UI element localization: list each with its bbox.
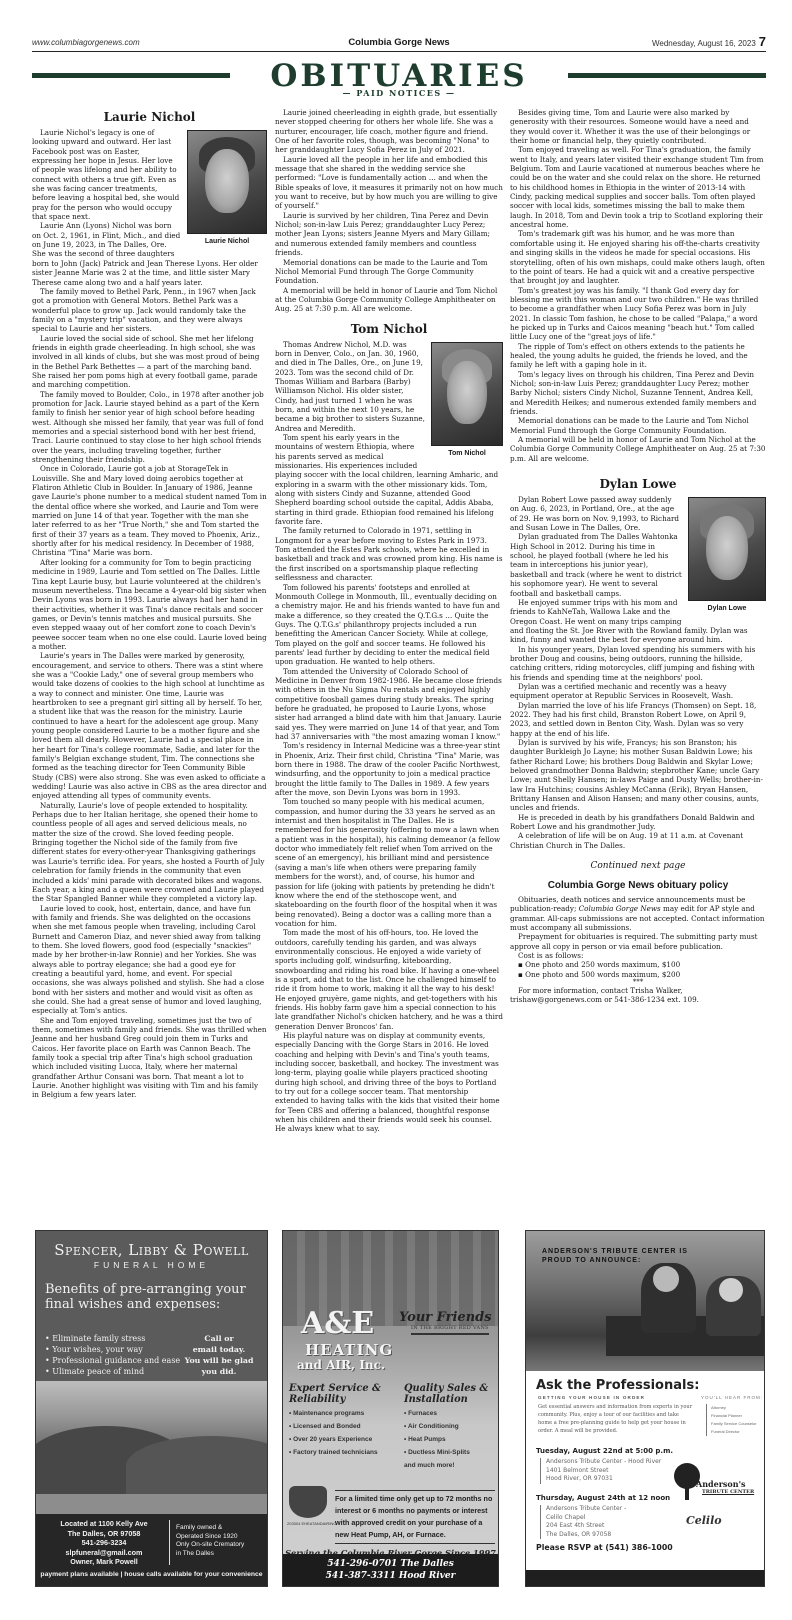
photo-caption: Tom Nichol bbox=[431, 449, 503, 458]
obit-paragraph: Tom's residency in Internal Medicine was… bbox=[275, 741, 503, 797]
obit-paragraph: A celebration of life will be on Aug. 19… bbox=[510, 831, 766, 850]
portrait-tom: Tom Nichol bbox=[431, 342, 503, 458]
email[interactable]: slpfuneral@gmail.com bbox=[44, 1548, 164, 1558]
ad-footer: Located at 1100 Kelly Ave The Dalles, OR… bbox=[36, 1514, 267, 1587]
announcement: ANDERSON'S TRIBUTE CENTER IS PROUD TO AN… bbox=[542, 1247, 702, 1265]
tagline-sub: IN THE BRIGHT RED VANS bbox=[411, 1325, 489, 1335]
portrait-dylan: Dylan Lowe bbox=[688, 497, 766, 613]
continued-next-page: Continued next page bbox=[510, 862, 766, 871]
tribute-center-logo: TRIBUTE CENTER bbox=[702, 1489, 754, 1495]
photo-dylan bbox=[688, 497, 766, 601]
call-to-action: Call or email today. You will be glad yo… bbox=[181, 1333, 257, 1377]
obit-paragraph: He is preceded in death by his grandfath… bbox=[510, 813, 766, 832]
page-number: 7 bbox=[759, 34, 766, 49]
financing-promo: For a limited time only get up to 72 mon… bbox=[335, 1490, 495, 1544]
obit-paragraph: Dylan married the love of his life Franc… bbox=[510, 701, 766, 738]
obit-paragraph: Naturally, Laurie's love of people exten… bbox=[32, 801, 267, 904]
ad-headline: Ask the Professionals: bbox=[536, 1378, 699, 1393]
obituary-heading-tom: Tom Nichol bbox=[275, 322, 503, 336]
obit-paragraph: The family moved to Boulder, Colo., in 1… bbox=[32, 390, 267, 465]
obit-paragraph: Tom enjoyed traveling as well. For Tina'… bbox=[510, 145, 766, 229]
event-description: Get essential answers and information fr… bbox=[538, 1403, 693, 1435]
obit-paragraph: Tom followed his parents' footsteps and … bbox=[275, 583, 503, 667]
benefit-list: • Eliminate family stress • Your wishes,… bbox=[45, 1333, 180, 1377]
obit-paragraph: Laurie's years in The Dalles were marked… bbox=[32, 651, 267, 801]
photo-caption: Dylan Lowe bbox=[688, 604, 766, 613]
andersons-logo: Anderson's bbox=[696, 1479, 746, 1489]
obit-paragraph: Tom touched so many people with his medi… bbox=[275, 797, 503, 928]
ad-subhead: GETTING YOUR HOUSE IN ORDER bbox=[538, 1395, 645, 1400]
obit-paragraph: Besides giving time, Tom and Laurie were… bbox=[510, 108, 766, 145]
phone-hood-river[interactable]: 541-387-3311 Hood River bbox=[283, 1570, 498, 1582]
phone-the-dalles[interactable]: 541-296-0701 The Dalles bbox=[283, 1558, 498, 1570]
sales-list: • Furnaces • Air Conditioning • Heat Pum… bbox=[404, 1407, 470, 1472]
ad-spencer-libby-powell[interactable]: Spencer, Libby & Powell FUNERAL HOME Ben… bbox=[35, 1230, 268, 1587]
rsvp-phone[interactable]: Please RSVP at (541) 386-1000 bbox=[536, 1543, 673, 1552]
obit-paragraph: Dylan is survived by his wife, Francys; … bbox=[510, 738, 766, 813]
celilo-logo: Celilo bbox=[686, 1514, 722, 1527]
badge-id: 203304 EHEATANDAIRINC bbox=[287, 1521, 336, 1526]
event-2-location: Andersons Tribute Center - Celilo Chapel… bbox=[540, 1505, 626, 1539]
obit-paragraph: Tom attended the University of Colorado … bbox=[275, 667, 503, 742]
photo-laurie bbox=[187, 130, 267, 234]
sales-heading: Quality Sales & Installation bbox=[404, 1383, 499, 1405]
policy-paragraph: Obituaries, death notices and service an… bbox=[510, 895, 766, 932]
obit-paragraph: Laurie joined cheerleading in eighth gra… bbox=[275, 108, 503, 155]
obit-paragraph: Memorial donations can be made to the La… bbox=[510, 416, 766, 435]
section-banner: OBITUARIES — PAID NOTICES — bbox=[32, 60, 766, 100]
comfort-specialist-badge-icon bbox=[289, 1486, 327, 1518]
obit-paragraph: The ripple of Tom's effect on others ext… bbox=[510, 342, 766, 370]
obit-paragraph: Tom's greatest joy was his family. "I th… bbox=[510, 286, 766, 342]
obit-paragraph: The family moved to Bethel Park, Penn., … bbox=[32, 287, 267, 334]
service-heading: Expert Service & Reliability bbox=[289, 1383, 399, 1405]
obituary-heading-dylan: Dylan Lowe bbox=[510, 477, 766, 491]
obit-paragraph: She and Tom enjoyed traveling, sometimes… bbox=[32, 1016, 267, 1100]
separator: *** bbox=[510, 979, 766, 986]
photo-caption: Laurie Nichol bbox=[187, 237, 267, 246]
phone-bar: 541-296-0701 The Dalles 541-387-3311 Hoo… bbox=[283, 1554, 498, 1586]
event-1-location: Andersons Tribute Center - Hood River 14… bbox=[540, 1458, 661, 1484]
ad-brand: Spencer, Libby & Powell bbox=[36, 1241, 267, 1259]
benefit-item: • Ulimate peace of mind bbox=[45, 1366, 180, 1377]
column-1: Laurie Nichol Laurie Nichol Laurie Nicho… bbox=[32, 108, 267, 1100]
column-2: Laurie joined cheerleading in eighth gra… bbox=[275, 108, 503, 1134]
obituary-heading-laurie: Laurie Nichol bbox=[32, 110, 267, 124]
masthead: www.columbiagorgenews.com Columbia Gorge… bbox=[32, 36, 766, 52]
landscape-image bbox=[36, 1381, 267, 1514]
obit-paragraph: Laurie loved all the people in her life … bbox=[275, 155, 503, 211]
benefit-item: • Professional guidance and ease bbox=[45, 1355, 180, 1366]
address-block: Located at 1100 Kelly Ave The Dalles, OR… bbox=[44, 1519, 164, 1567]
obit-paragraph: Dylan was a certified mechanic and recen… bbox=[510, 682, 766, 701]
ad-ae-heating[interactable]: A&E HEATING and AIR, Inc. Your Friends I… bbox=[282, 1230, 499, 1587]
ae-air-text: and AIR, Inc. bbox=[297, 1358, 385, 1372]
tagline: Your Friends bbox=[399, 1310, 492, 1325]
policy-heading: Columbia Gorge News obituary policy bbox=[510, 881, 766, 890]
policy-contact[interactable]: For more information, contact Trisha Wal… bbox=[510, 986, 766, 1005]
obit-paragraph: Laurie loved to cook, host, entertain, d… bbox=[32, 904, 267, 1016]
issue-date: Wednesday, August 16, 20237 bbox=[652, 34, 766, 49]
event-1-date: Tuesday, August 22nd at 5:00 p.m. bbox=[536, 1447, 673, 1455]
service-list: • Maintenance programs • Licensed and Bo… bbox=[289, 1407, 378, 1459]
obit-paragraph: In his younger years, Dylan loved spendi… bbox=[510, 645, 766, 682]
phone[interactable]: 541-296-3234 bbox=[44, 1538, 164, 1548]
obit-paragraph: Tom's trademark gift was his humor, and … bbox=[510, 229, 766, 285]
date-text: Wednesday, August 16, 2023 bbox=[652, 39, 756, 48]
obit-paragraph: Tom's legacy lives on through his childr… bbox=[510, 370, 766, 417]
event-2-date: Thursday, August 24th at 12 noon bbox=[536, 1494, 670, 1502]
obit-paragraph: Memorial donations can be made to the La… bbox=[275, 258, 503, 286]
obit-paragraph: Tom made the most of his off-hours, too.… bbox=[275, 928, 503, 1031]
obit-paragraph: After looking for a community for Tom to… bbox=[32, 558, 267, 651]
hear-from-label: YOU'LL HEAR FROM: bbox=[701, 1395, 763, 1400]
portrait-laurie: Laurie Nichol bbox=[187, 130, 267, 246]
paper-name-italic: Columbia Gorge News bbox=[579, 904, 661, 913]
benefit-item: • Eliminate family stress bbox=[45, 1333, 180, 1344]
ad-subbrand: FUNERAL HOME bbox=[36, 1260, 267, 1270]
obit-paragraph: Laurie loved the social side of school. … bbox=[32, 334, 267, 390]
benefit-item: • Your wishes, your way bbox=[45, 1344, 180, 1355]
divider bbox=[169, 1520, 170, 1565]
tree-trunk-icon bbox=[685, 1486, 689, 1500]
policy-paragraph: Prepayment for obituaries is required. T… bbox=[510, 932, 766, 951]
policy-paragraph: Cost is as follows: bbox=[510, 951, 766, 960]
obit-paragraph: Laurie is survived by her children, Tina… bbox=[275, 211, 503, 258]
ad-andersons-tribute-center[interactable]: ANDERSON'S TRIBUTE CENTER IS PROUD TO AN… bbox=[525, 1230, 765, 1587]
photo-tom bbox=[431, 342, 503, 446]
column-3: Besides giving time, Tom and Laurie were… bbox=[510, 108, 766, 1005]
family-owned-note: Family owned & Operated Since 1920 Only … bbox=[176, 1524, 244, 1558]
obit-paragraph: His playful nature was on display at com… bbox=[275, 1031, 503, 1134]
ad-headline: Benefits of pre-arranging your final wis… bbox=[45, 1282, 267, 1312]
speaker-roles: Attorney Financial Planner Family Servic… bbox=[706, 1404, 757, 1436]
obit-paragraph: Once in Colorado, Laurie got a job at St… bbox=[32, 464, 267, 557]
obit-paragraph: A memorial will be held in honor of Laur… bbox=[510, 435, 766, 463]
price-item: ▪ One photo and 250 words maximum, $100 bbox=[510, 960, 766, 969]
payment-note: payment plans available | house calls av… bbox=[36, 1571, 267, 1578]
obit-paragraph: The family returned to Colorado in 1971,… bbox=[275, 526, 503, 582]
ae-logo: A&E bbox=[301, 1306, 374, 1341]
section-subtitle: — PAID NOTICES — bbox=[32, 88, 766, 98]
ad-footer-bar bbox=[526, 1570, 764, 1586]
obit-paragraph: A memorial will be held in honor of Laur… bbox=[275, 286, 503, 314]
ae-heating-text: HEATING bbox=[305, 1341, 393, 1359]
